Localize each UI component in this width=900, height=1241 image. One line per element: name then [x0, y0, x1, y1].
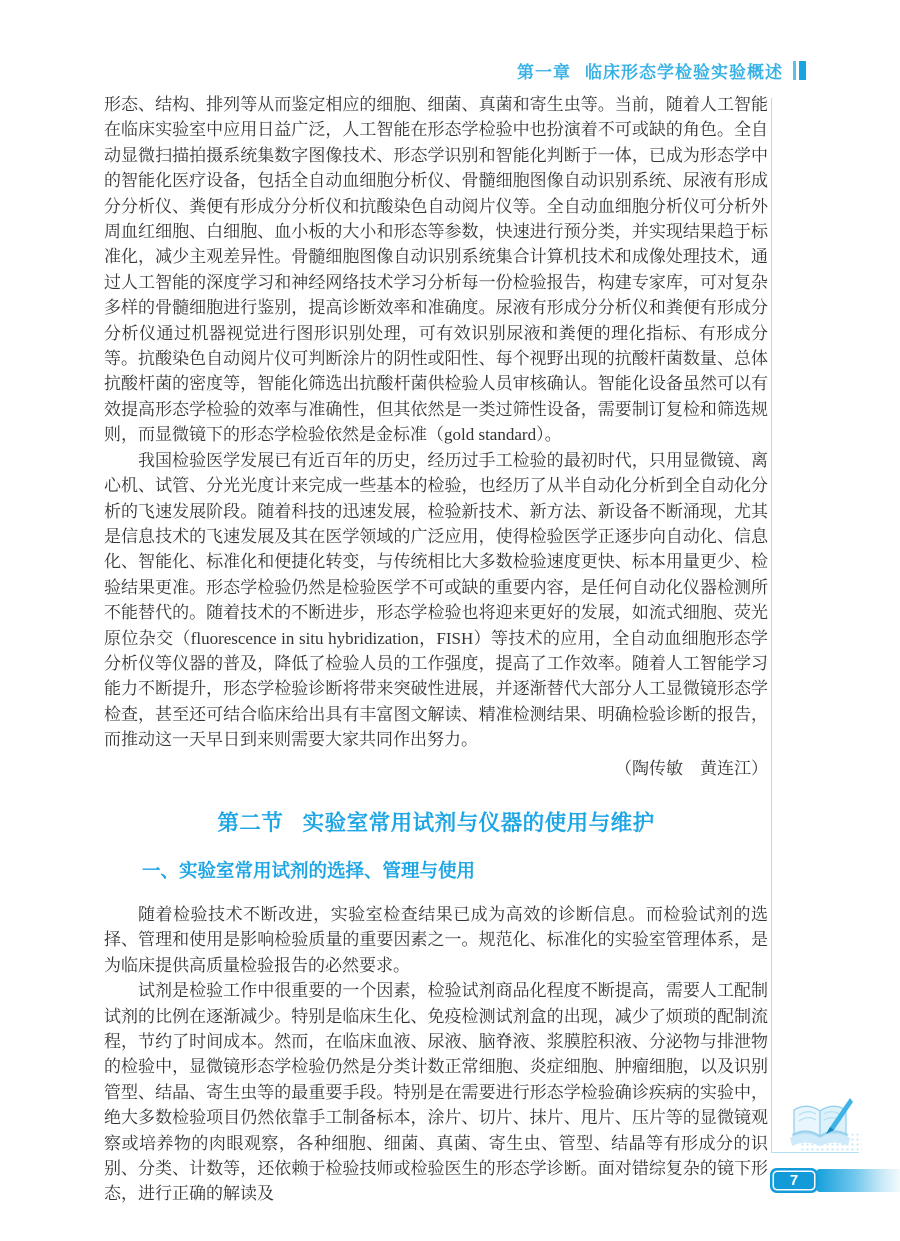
paragraph: 我国检验医学发展已有近百年的历史，经历过手工检验的最初时代，只用显微镜、离心机、…: [104, 448, 768, 753]
chapter-title: 临床形态学检验实验概述: [585, 58, 783, 83]
paragraph: 形态、结构、排列等从而鉴定相应的细胞、细菌、真菌和寄生虫等。当前，随着人工智能在…: [104, 92, 768, 448]
page-number-badge: 7: [770, 1168, 900, 1193]
paragraph: 试剂是检验工作中很重要的一个因素，检验试剂商品化程度不断提高，需要人工配制试剂的…: [104, 978, 768, 1207]
section-number: 第二节: [217, 811, 283, 835]
section-title: 实验室常用试剂与仪器的使用与维护: [303, 811, 655, 835]
page-number: 7: [770, 1168, 818, 1193]
badge-gradient-bar: [816, 1169, 900, 1192]
page-body: 形态、结构、排列等从而鉴定相应的细胞、细菌、真菌和寄生虫等。当前，随着人工智能在…: [104, 92, 768, 1207]
textbook-page: 第一章 临床形态学检验实验概述 形态、结构、排列等从而鉴定相应的细胞、细菌、真菌…: [0, 0, 900, 1241]
chapter-label: 第一章: [517, 58, 571, 83]
double-bars-icon: [793, 61, 806, 80]
paragraph: 随着检验技术不断改进，实验室检查结果已成为高效的诊断信息。而检验试剂的选择、管理…: [104, 902, 768, 978]
open-book-pen-icon: [780, 1094, 864, 1156]
subsection-heading: 一、实验室常用试剂的选择、管理与使用: [142, 859, 768, 885]
authors-line: （陶传敏 黄连江）: [104, 756, 768, 781]
running-header: 第一章 临床形态学检验实验概述: [517, 58, 806, 83]
side-rule: [771, 98, 772, 1152]
section-heading: 第二节实验室常用试剂与仪器的使用与维护: [104, 808, 768, 838]
